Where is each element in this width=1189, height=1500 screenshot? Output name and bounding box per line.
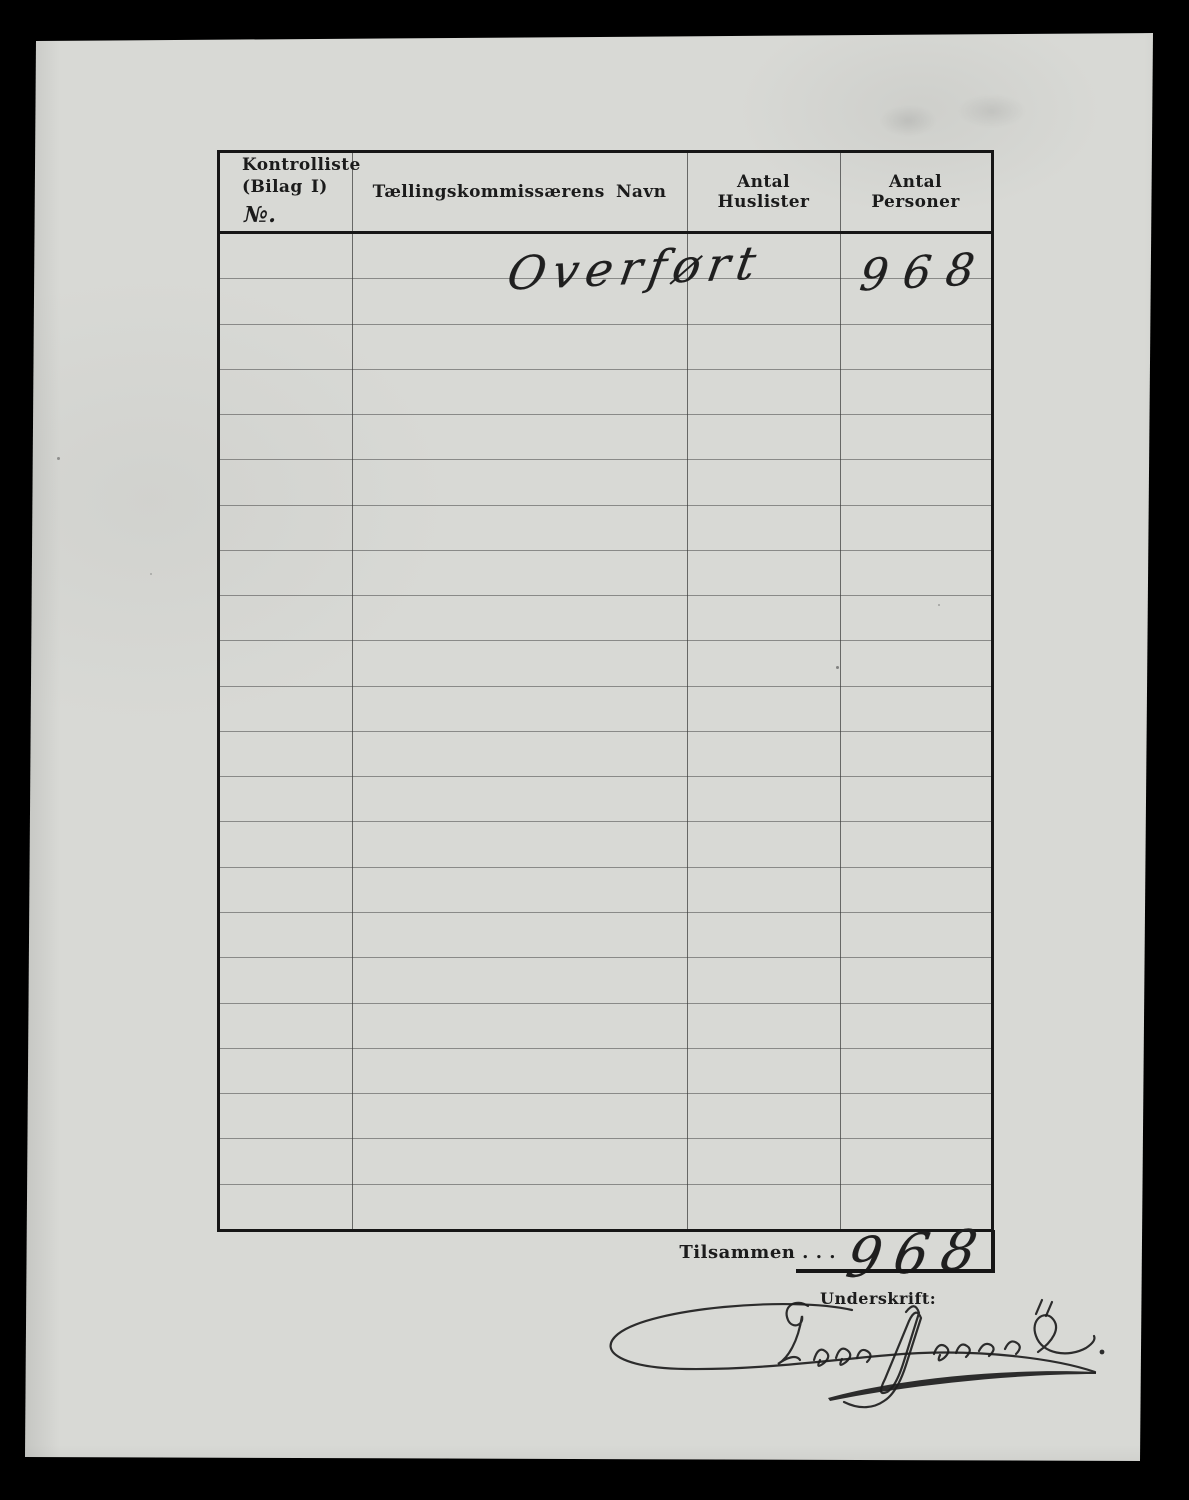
- total-right-border: [991, 1230, 995, 1273]
- tilsammen-label: Tilsammen . . .: [640, 1242, 836, 1263]
- table-row: [220, 370, 991, 415]
- handwritten-total-value: 968: [842, 1217, 995, 1291]
- table-row: [220, 777, 991, 822]
- signature-ticks: [1036, 1300, 1052, 1316]
- header-antal-huslister: Antal Huslister: [687, 153, 840, 231]
- table-row: [220, 1185, 991, 1229]
- column-divider: [352, 153, 353, 1229]
- table-row: [220, 687, 991, 732]
- signature-dot: [1100, 1350, 1105, 1355]
- header-kontrolliste: Kontrolliste (Bilag I) №.: [220, 153, 352, 231]
- column-divider: [840, 153, 841, 1229]
- table-row: [220, 460, 991, 505]
- handwritten-personer-value: 968: [857, 243, 992, 301]
- handwritten-signature: [590, 1298, 1115, 1416]
- signature-oval-flourish: [611, 1304, 1095, 1372]
- table-row: [220, 732, 991, 777]
- header-kontrolliste-line1: Kontrolliste: [242, 154, 361, 176]
- table-row: [220, 506, 991, 551]
- table-row: [220, 1139, 991, 1184]
- signature-swoosh: [828, 1371, 1096, 1401]
- control-table: Kontrolliste (Bilag I) №. Tællingskommis…: [217, 150, 994, 1232]
- table-row: [220, 868, 991, 913]
- header-kontrolliste-line2: (Bilag I): [242, 176, 328, 198]
- scanned-paper: Kontrolliste (Bilag I) №. Tællingskommis…: [0, 0, 1189, 1500]
- table-row: [220, 325, 991, 370]
- table-row: [220, 822, 991, 867]
- table-body: [220, 234, 991, 1229]
- table-row: [220, 1004, 991, 1049]
- paper-speck: [57, 457, 60, 460]
- table-row: [220, 1049, 991, 1094]
- table-row: [220, 958, 991, 1003]
- paper-speck: [150, 573, 152, 575]
- table-row: [220, 913, 991, 958]
- table-row: [220, 551, 991, 596]
- handwritten-navn-overfort: Overført: [504, 235, 767, 301]
- column-divider: [687, 153, 688, 1229]
- signature-initial: [778, 1303, 808, 1364]
- pencil-smudge: [855, 85, 1045, 150]
- header-navn: Tællingskommissærens Navn: [352, 153, 687, 231]
- table-row: [220, 415, 991, 460]
- header-antal-personer: Antal Personer: [840, 153, 991, 231]
- header-numero-symbol: №.: [242, 201, 276, 230]
- table-row: [220, 596, 991, 641]
- signature-final-curl: [1035, 1315, 1095, 1353]
- total-underline: [796, 1269, 994, 1273]
- signature-trailing-letters: [934, 1341, 1020, 1360]
- table-header: Kontrolliste (Bilag I) №. Tællingskommis…: [220, 153, 991, 234]
- table-row: [220, 641, 991, 686]
- table-row: [220, 1094, 991, 1139]
